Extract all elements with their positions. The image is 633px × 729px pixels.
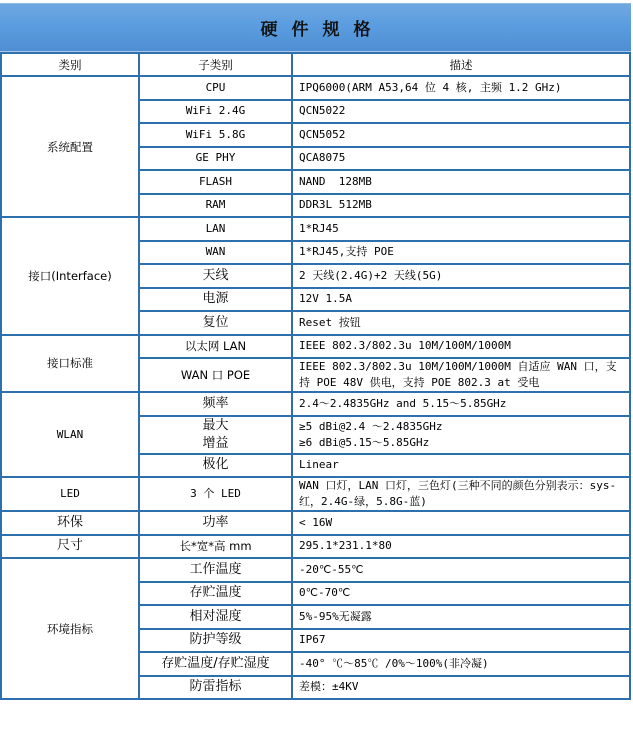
subcategory-cell: WiFi 5.8G bbox=[139, 123, 292, 147]
subcategory-label: 最大增益 bbox=[201, 417, 230, 453]
description-cell: IP67 bbox=[292, 629, 630, 653]
description-line: ≥5 dBi@2.4 ～2.4835GHz bbox=[299, 419, 623, 435]
category-cell: 系统配置 bbox=[1, 76, 139, 217]
category-cell: LED bbox=[1, 477, 139, 511]
description-cell: 0℃-70℃ bbox=[292, 582, 630, 606]
description-cell: ≥5 dBi@2.4 ～2.4835GHz ≥6 dBi@5.15～5.85GH… bbox=[292, 416, 630, 454]
subcategory-cell: 长*宽*高 mm bbox=[139, 535, 292, 559]
table-row: 环境指标 工作温度 -20℃-55℃ bbox=[1, 558, 630, 582]
subcategory-cell: 工作温度 bbox=[139, 558, 292, 582]
subcategory-cell: 天线 bbox=[139, 264, 292, 288]
description-cell: Linear bbox=[292, 454, 630, 478]
subcategory-cell: WAN bbox=[139, 241, 292, 265]
subcategory-cell: 频率 bbox=[139, 392, 292, 416]
description-cell: 1*RJ45,支持 POE bbox=[292, 241, 630, 265]
category-cell: 尺寸 bbox=[1, 535, 139, 559]
header-row: 类别 子类别 描述 bbox=[1, 53, 630, 76]
subcategory-cell: 以太网 LAN bbox=[139, 335, 292, 359]
col-header-subcategory: 子类别 bbox=[139, 53, 292, 76]
subcategory-cell: 防护等级 bbox=[139, 629, 292, 653]
subcategory-cell: 功率 bbox=[139, 511, 292, 535]
description-cell: 1*RJ45 bbox=[292, 217, 630, 241]
subcategory-cell: 存贮温度/存贮湿度 bbox=[139, 652, 292, 676]
table-row: WLAN 频率 2.4～2.4835GHz and 5.15～5.85GHz bbox=[1, 392, 630, 416]
description-cell: WAN 口灯，LAN 口灯，三色灯(三种不同的颜色分别表示：sys-红，2.4G… bbox=[292, 477, 630, 511]
description-cell: IPQ6000(ARM A53,64 位 4 核, 主频 1.2 GHz) bbox=[292, 76, 630, 100]
description-cell: DDR3L 512MB bbox=[292, 194, 630, 218]
table-row: 环保 功率 < 16W bbox=[1, 511, 630, 535]
subcategory-cell: WAN 口 POE bbox=[139, 358, 292, 392]
description-cell: 差模：±4KV bbox=[292, 676, 630, 700]
description-cell: -20℃-55℃ bbox=[292, 558, 630, 582]
col-header-description: 描述 bbox=[292, 53, 630, 76]
description-cell: 5%-95%无凝露 bbox=[292, 605, 630, 629]
table-row: LED 3 个 LED WAN 口灯，LAN 口灯，三色灯(三种不同的颜色分别表… bbox=[1, 477, 630, 511]
description-cell: 12V 1.5A bbox=[292, 288, 630, 312]
category-cell: 环境指标 bbox=[1, 558, 139, 699]
subcategory-cell: 相对湿度 bbox=[139, 605, 292, 629]
subcategory-cell: 3 个 LED bbox=[139, 477, 292, 511]
description-cell: 2 天线(2.4G)+2 天线(5G) bbox=[292, 264, 630, 288]
subcategory-cell: 电源 bbox=[139, 288, 292, 312]
category-cell: 接口标准 bbox=[1, 335, 139, 393]
subcategory-cell: 防雷指标 bbox=[139, 676, 292, 700]
category-cell: 环保 bbox=[1, 511, 139, 535]
subcategory-cell: 存贮温度 bbox=[139, 582, 292, 606]
subcategory-cell: FLASH bbox=[139, 170, 292, 194]
subcategory-cell: 最大增益 bbox=[139, 416, 292, 454]
description-cell: < 16W bbox=[292, 511, 630, 535]
category-cell: WLAN bbox=[1, 392, 139, 477]
subcategory-cell: WiFi 2.4G bbox=[139, 100, 292, 124]
subcategory-cell: CPU bbox=[139, 76, 292, 100]
description-cell: IEEE 802.3/802.3u 10M/100M/1000M 自适应 WAN… bbox=[292, 358, 630, 392]
description-cell: QCN5022 bbox=[292, 100, 630, 124]
table-row: 接口标准 以太网 LAN IEEE 802.3/802.3u 10M/100M/… bbox=[1, 335, 630, 359]
subcategory-cell: 复位 bbox=[139, 311, 292, 335]
description-cell: IEEE 802.3/802.3u 10M/100M/1000M bbox=[292, 335, 630, 359]
spec-table: 类别 子类别 描述 系统配置 CPU IPQ6000(ARM A53,64 位 … bbox=[0, 52, 631, 700]
table-row: 尺寸 长*宽*高 mm 295.1*231.1*80 bbox=[1, 535, 630, 559]
description-cell: QCA8075 bbox=[292, 147, 630, 171]
description-cell: -40° ℃～85℃ /0%～100%(非冷凝) bbox=[292, 652, 630, 676]
description-line: ≥6 dBi@5.15～5.85GHz bbox=[299, 435, 623, 451]
description-cell: QCN5052 bbox=[292, 123, 630, 147]
description-cell: Reset 按钮 bbox=[292, 311, 630, 335]
description-cell: 2.4～2.4835GHz and 5.15～5.85GHz bbox=[292, 392, 630, 416]
subcategory-cell: RAM bbox=[139, 194, 292, 218]
page-title: 硬件规格 bbox=[247, 15, 385, 40]
title-bar: 硬件规格 bbox=[0, 3, 631, 52]
subcategory-cell: LAN bbox=[139, 217, 292, 241]
table-row: 接口(Interface) LAN 1*RJ45 bbox=[1, 217, 630, 241]
category-cell: 接口(Interface) bbox=[1, 217, 139, 335]
col-header-category: 类别 bbox=[1, 53, 139, 76]
description-cell: 295.1*231.1*80 bbox=[292, 535, 630, 559]
description-cell: NAND 128MB bbox=[292, 170, 630, 194]
subcategory-cell: GE PHY bbox=[139, 147, 292, 171]
subcategory-cell: 极化 bbox=[139, 454, 292, 478]
table-row: 系统配置 CPU IPQ6000(ARM A53,64 位 4 核, 主频 1.… bbox=[1, 76, 630, 100]
